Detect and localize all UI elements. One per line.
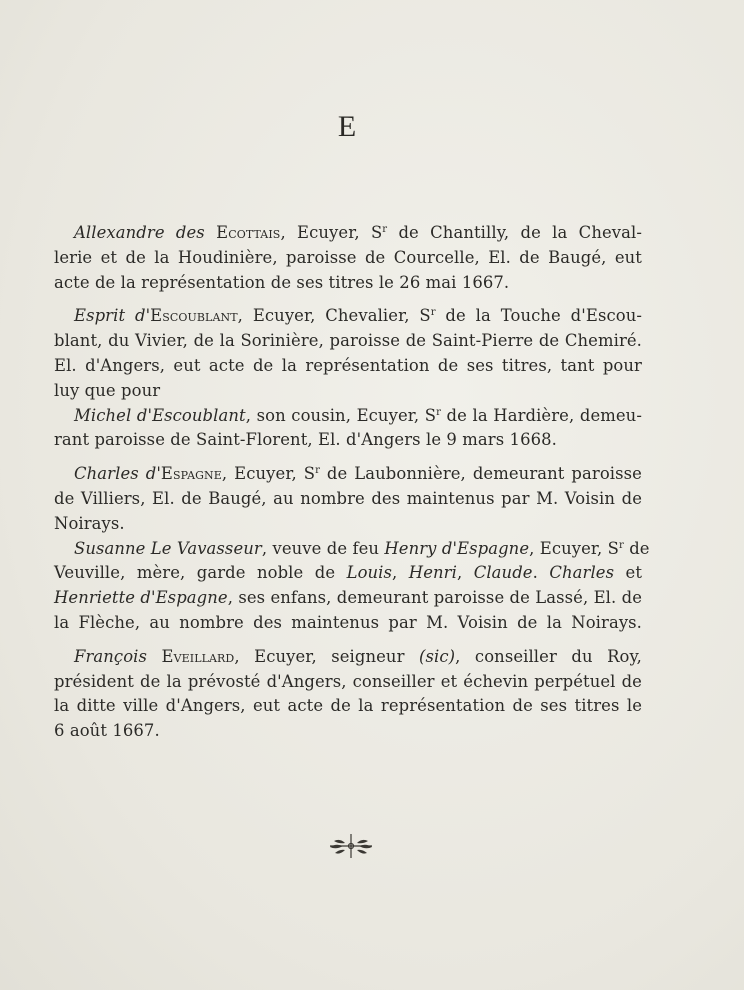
text-run: la Flèche, au nombre des maintenus par M…: [54, 613, 642, 632]
text-line: acte de la représentation de ses titres …: [54, 271, 642, 296]
text-run: président de la prévosté d'Angers, conse…: [54, 672, 642, 691]
italic-name: Henri: [409, 563, 457, 582]
text-line: El. d'Angers, eut acte de la représentat…: [54, 354, 642, 379]
italic-name: Charles d': [74, 464, 161, 483]
italic-name: Henriette d'Espagne: [54, 588, 228, 607]
text-line: Noirays.: [54, 512, 642, 537]
italic-name: Esprit d': [74, 306, 150, 325]
text-run: , veuve de feu: [262, 539, 385, 558]
text-run: et: [614, 563, 642, 582]
text-line: Charles d'Espagne, Ecuyer, Sr de Laubonn…: [54, 462, 642, 487]
text-run: de Villiers, El. de Baugé, au nombre des…: [54, 489, 642, 508]
section-letter-heading: E: [0, 110, 694, 144]
text-run: , son cousin, Ecuyer, S: [246, 406, 436, 425]
text-line: Michel d'Escoublant, son cousin, Ecuyer,…: [54, 404, 642, 429]
text-line: président de la prévosté d'Angers, conse…: [54, 670, 642, 695]
italic-name: Louis: [347, 563, 392, 582]
entry-gap: [54, 453, 642, 462]
text-run: , Ecuyer, seigneur: [234, 647, 419, 666]
text-run: 6 août 1667.: [54, 721, 160, 740]
text-line: Allexandre des Ecottais, Ecuyer, Sr de C…: [54, 221, 642, 246]
text-run: de la Touche d'Escou-: [436, 306, 642, 325]
entry-gap: [54, 636, 642, 645]
italic-name: Charles: [549, 563, 614, 582]
text-run: de Chantilly, de la Cheval-: [387, 223, 642, 242]
text-run: El. d'Angers, eut acte de la représentat…: [54, 356, 642, 375]
text-run: ,: [392, 563, 409, 582]
text-line: Susanne Le Vavasseur, veuve de feu Henry…: [54, 537, 642, 562]
text-line: blant, du Vivier, de la Sorinière, paroi…: [54, 329, 642, 354]
text-run: blant, du Vivier, de la Sorinière, paroi…: [54, 331, 642, 350]
italic-name: François: [74, 647, 162, 666]
italic-name: Claude: [474, 563, 533, 582]
text-line: de Villiers, El. de Baugé, au nombre des…: [54, 487, 642, 512]
entries-list: Allexandre des Ecottais, Ecuyer, Sr de C…: [54, 221, 642, 744]
text-line: Esprit d'Escoublant, Ecuyer, Chevalier, …: [54, 304, 642, 329]
text-run: de: [624, 539, 650, 558]
text-run: luy que pour: [54, 381, 160, 400]
text-run: la ditte ville d'Angers, eut acte de la …: [54, 696, 642, 715]
text-run: , Ecuyer, S: [529, 539, 619, 558]
text-run: , Ecuyer, S: [280, 223, 382, 242]
family-name-smallcaps: Ecottais: [216, 223, 280, 242]
italic-name: (sic): [419, 647, 455, 666]
text-run: Veuville, mère, garde noble de: [54, 563, 347, 582]
entry-paragraph: Charles d'Espagne, Ecuyer, Sr de Laubonn…: [54, 462, 642, 636]
family-name-smallcaps: Espagne: [161, 464, 222, 483]
text-run: , Ecuyer, S: [222, 464, 315, 483]
text-line: Henriette d'Espagne, ses enfans, demeura…: [54, 586, 642, 611]
text-run: rant paroisse de Saint-Florent, El. d'An…: [54, 430, 557, 449]
family-name-smallcaps: Escoublant: [150, 306, 238, 325]
italic-name: Michel d'Escoublant: [74, 406, 246, 425]
text-line: 6 août 1667.: [54, 719, 642, 744]
text-run: lerie et de la Houdinière, paroisse de C…: [54, 248, 642, 267]
text-run: ,: [457, 563, 474, 582]
entry-gap: [54, 295, 642, 304]
entry-paragraph: François Eveillard, Ecuyer, seigneur (si…: [54, 645, 642, 744]
italic-name: Susanne Le Vavasseur: [74, 539, 262, 558]
text-run: de la Hardière, demeu-: [441, 406, 642, 425]
fleuron-ornament-icon: [326, 833, 376, 859]
text-line: lerie et de la Houdinière, paroisse de C…: [54, 246, 642, 271]
text-line: la ditte ville d'Angers, eut acte de la …: [54, 694, 642, 719]
text-run: de Laubonnière, demeurant paroisse: [320, 464, 642, 483]
text-run: , ses enfans, demeurant paroisse de Lass…: [228, 588, 642, 607]
text-line: François Eveillard, Ecuyer, seigneur (si…: [54, 645, 642, 670]
family-name-smallcaps: Eveillard: [162, 647, 235, 666]
text-run: .: [533, 563, 550, 582]
text-run: Noirays.: [54, 514, 125, 533]
entry-paragraph: Allexandre des Ecottais, Ecuyer, Sr de C…: [54, 221, 642, 295]
text-line: la Flèche, au nombre des maintenus par M…: [54, 611, 642, 636]
text-run: , conseiller du Roy,: [455, 647, 642, 666]
italic-name: Henry d'Espagne: [384, 539, 529, 558]
text-line: luy que pour: [54, 379, 642, 404]
text-run: acte de la représentation de ses titres …: [54, 273, 509, 292]
text-line: Veuville, mère, garde noble de Louis, He…: [54, 561, 642, 586]
text-run: , Ecuyer, Chevalier, S: [238, 306, 431, 325]
entry-paragraph: Esprit d'Escoublant, Ecuyer, Chevalier, …: [54, 304, 642, 453]
text-line: rant paroisse de Saint-Florent, El. d'An…: [54, 428, 642, 453]
italic-name: Allexandre des: [74, 223, 216, 242]
